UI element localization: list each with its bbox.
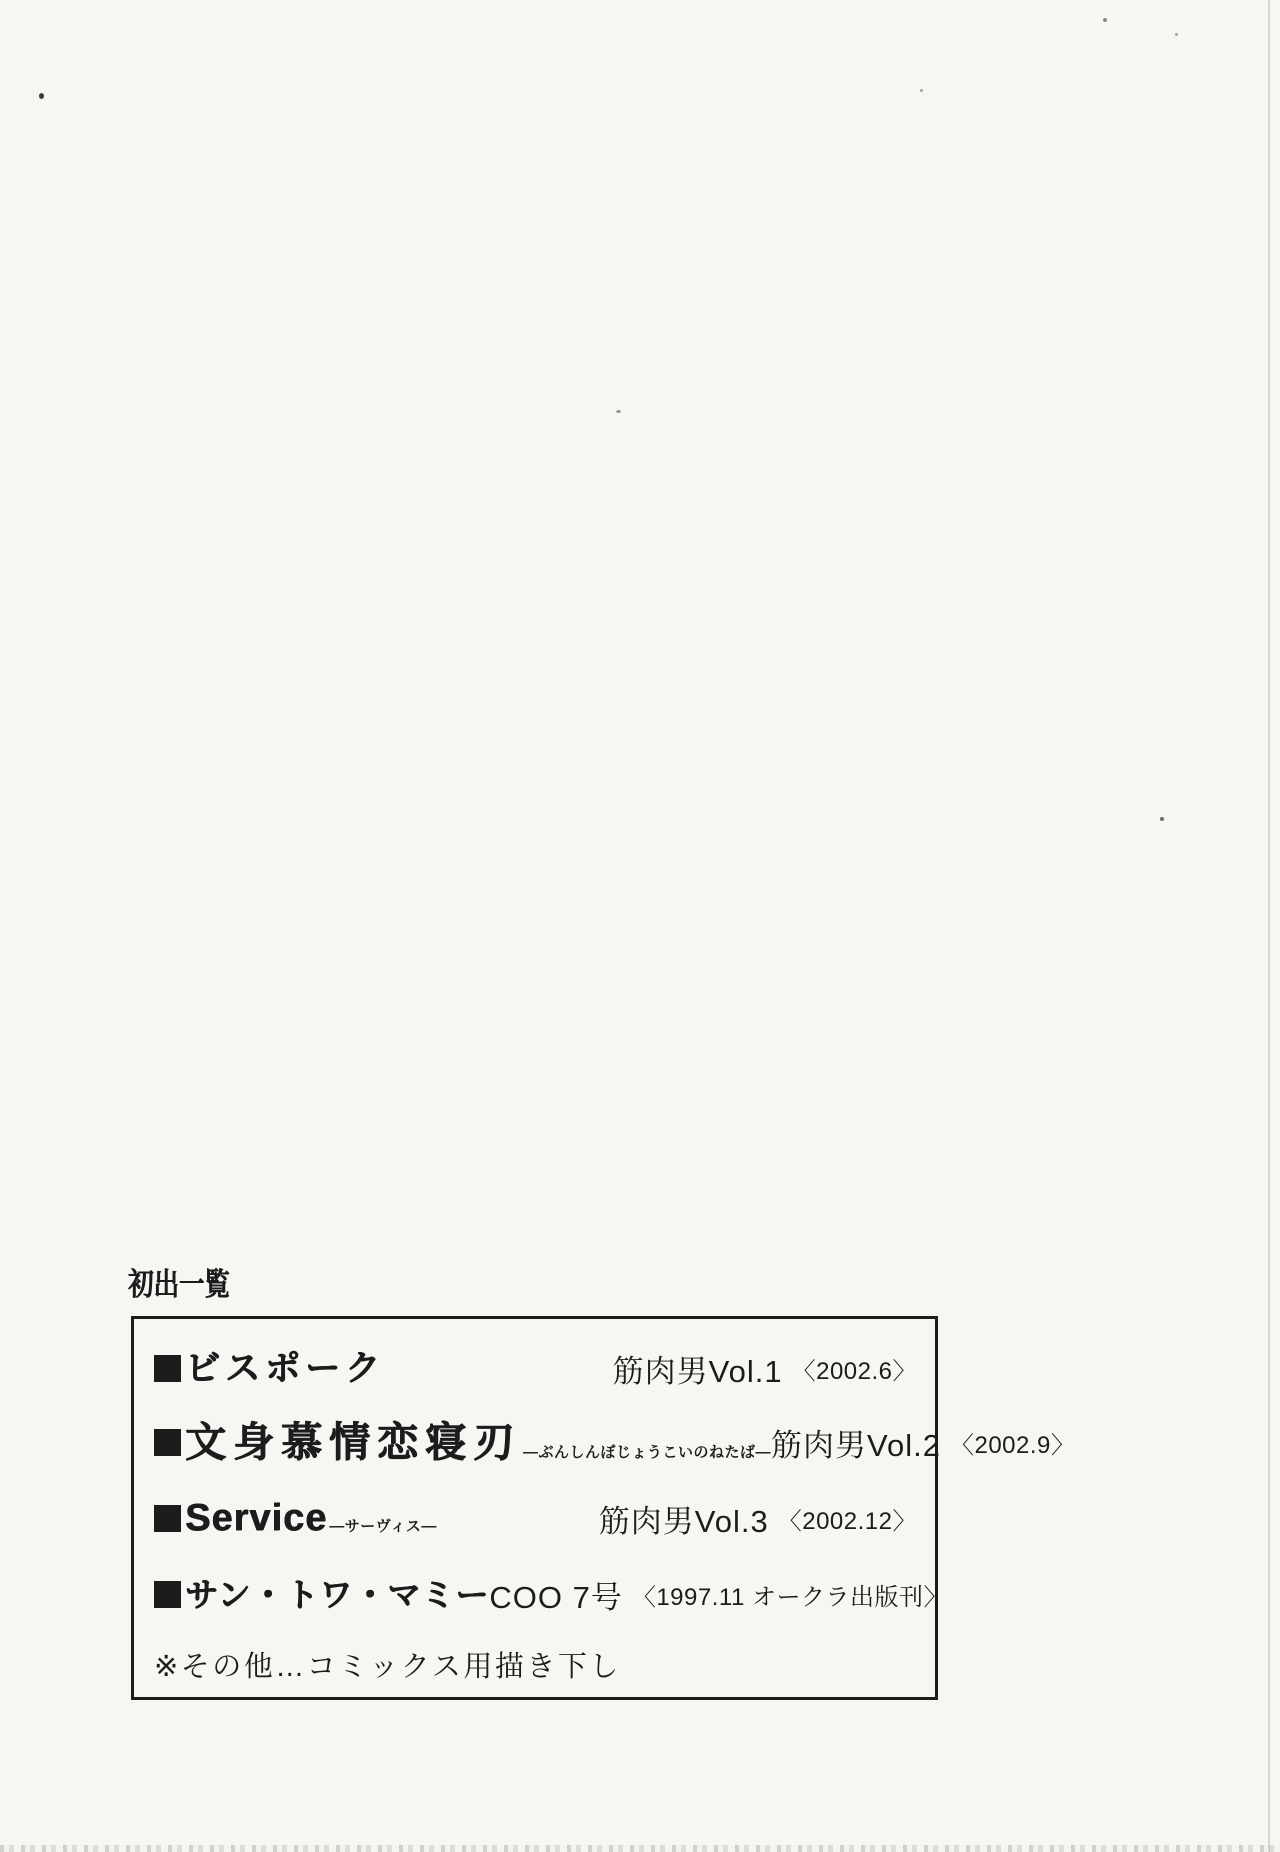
scan-speck	[1160, 817, 1164, 821]
scan-bottom-edge	[0, 1845, 1280, 1852]
scan-speck	[1103, 18, 1107, 22]
entry-subtitle: ―ぶんしんぼじょうこいのねたば―	[523, 1445, 771, 1463]
scan-speck	[920, 89, 923, 92]
entry-source: 筋肉男Vol.3	[599, 1496, 769, 1541]
square-bullet-icon	[154, 1581, 181, 1608]
entry-title: 文身慕情恋寝刃	[185, 1422, 521, 1463]
square-bullet-icon	[154, 1505, 181, 1532]
publication-row: Service ―サーヴィス― 筋肉男Vol.3 〈2002.12〉	[154, 1497, 917, 1539]
entry-source-group: COO 7号 〈1997.11 オークラ出版刊〉	[489, 1572, 948, 1617]
scan-edge-line	[1268, 0, 1270, 1852]
entry-title: ビスポーク	[185, 1351, 385, 1386]
publication-list-box: ビスポーク 筋肉男Vol.1 〈2002.6〉 文身慕情恋寝刃 ―ぶんしんぼじょ…	[131, 1316, 938, 1700]
entry-title-group: サン・トワ・マミー	[154, 1578, 489, 1611]
entry-title: Service	[185, 1499, 327, 1537]
entry-date: 〈2002.9〉	[950, 1425, 1075, 1460]
entry-source: 筋肉男Vol.2	[771, 1420, 941, 1465]
entry-source: 筋肉男Vol.1	[613, 1346, 783, 1391]
entry-title: サン・トワ・マミー	[185, 1578, 489, 1611]
entry-title-group: ビスポーク	[154, 1351, 385, 1386]
entry-date: 〈2002.6〉	[792, 1351, 917, 1386]
entry-title-group: 文身慕情恋寝刃 ―ぶんしんぼじょうこいのねたば―	[154, 1422, 771, 1463]
entry-source-group: 筋肉男Vol.1 〈2002.6〉	[613, 1346, 917, 1391]
entry-date: 〈1997.11 オークラ出版刊〉	[632, 1577, 948, 1612]
entry-source-group: 筋肉男Vol.2 〈2002.9〉	[771, 1420, 1075, 1465]
square-bullet-icon	[154, 1355, 181, 1382]
entry-subtitle: ―サーヴィス―	[329, 1519, 437, 1537]
scanned-page: 初出一覧 ビスポーク 筋肉男Vol.1 〈2002.6〉 文身慕情恋寝刃 ―ぶん…	[0, 0, 1280, 1852]
entry-source-group: 筋肉男Vol.3 〈2002.12〉	[599, 1496, 917, 1541]
publication-row: ビスポーク 筋肉男Vol.1 〈2002.6〉	[154, 1347, 917, 1389]
scan-speck	[616, 410, 621, 413]
entry-date: 〈2002.12〉	[778, 1501, 917, 1536]
publication-row: サン・トワ・マミー COO 7号 〈1997.11 オークラ出版刊〉	[154, 1573, 917, 1615]
other-works-note: ※その他…コミックス用描き下し	[154, 1653, 621, 1682]
entry-title-group: Service ―サーヴィス―	[154, 1499, 437, 1537]
scan-speck	[1175, 33, 1178, 36]
first-publication-heading: 初出一覧	[128, 1269, 230, 1300]
publication-row: 文身慕情恋寝刃 ―ぶんしんぼじょうこいのねたば― 筋肉男Vol.2 〈2002.…	[154, 1419, 917, 1465]
entry-source: COO 7号	[489, 1572, 622, 1617]
square-bullet-icon	[154, 1429, 181, 1456]
scan-speck	[39, 93, 44, 99]
